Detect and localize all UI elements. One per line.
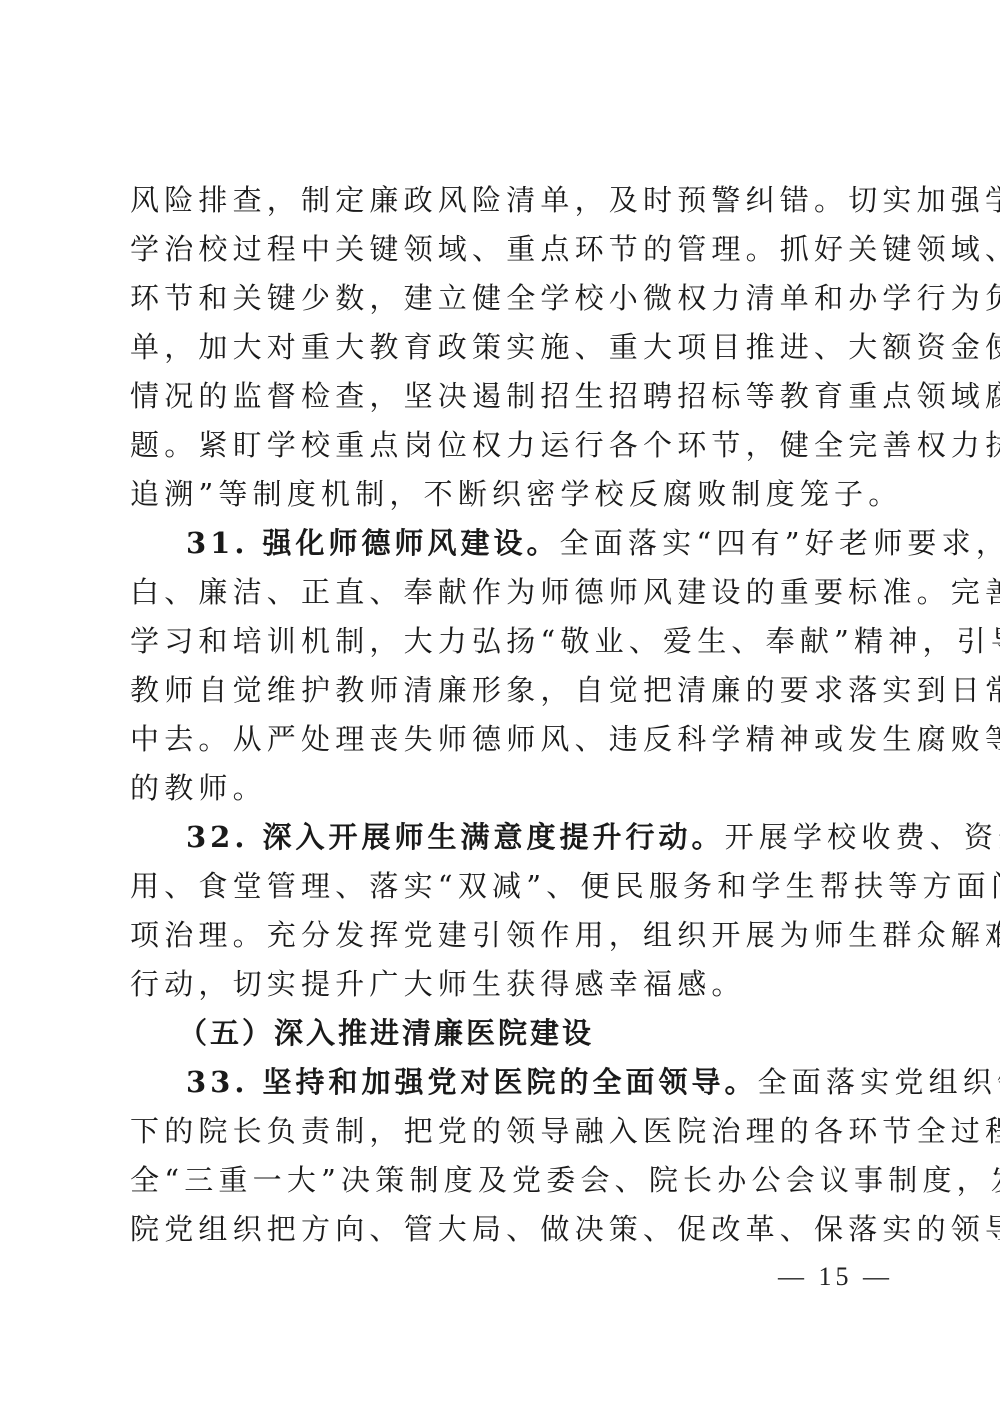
text-line: 单，加大对重大教育政策实施、重大项目推进、大额资金使用等 (130, 323, 870, 372)
text-line: 题。紧盯学校重点岗位权力运行各个环节，健全完善权力执行“可 (130, 421, 870, 470)
text-line: 学治校过程中关键领域、重点环节的管理。抓好关键领域、重点 (130, 225, 870, 274)
item-31-text: 全面落实“四有”好老师要求，把清 (560, 526, 1000, 560)
text-line: 白、廉洁、正直、奉献作为师德师风建设的重要标准。完善教师 (130, 568, 870, 617)
item-32-first-line: 32. 深入开展师生满意度提升行动。开展学校收费、资金使 (130, 813, 870, 862)
text-line: 项治理。充分发挥党建引领作用，组织开展为师生群众解难纾困 (130, 911, 870, 960)
text-line: 下的院长负责制，把党的领导融入医院治理的各环节全过程。健 (130, 1107, 870, 1156)
page-number: — 15 — (778, 1262, 893, 1292)
document-page: 风险排查，制定廉政风险清单，及时预警纠错。切实加强学校办 学治校过程中关键领域、… (130, 176, 870, 1254)
text-line: 院党组织把方向、管大局、做决策、促改革、保落实的领导作用， (130, 1205, 870, 1254)
item-33-first-line: 33. 坚持和加强党对医院的全面领导。全面落实党组织领导 (130, 1058, 870, 1107)
text-line: 风险排查，制定廉政风险清单，及时预警纠错。切实加强学校办 (130, 176, 870, 225)
item-31-first-line: 31. 强化师德师风建设。全面落实“四有”好老师要求，把清 (130, 519, 870, 568)
text-line: 学习和培训机制，大力弘扬“敬业、爱生、奉献”精神，引导广大 (130, 617, 870, 666)
item-32-text: 开展学校收费、资金使 (725, 820, 1000, 854)
text-line: 环节和关键少数，建立健全学校小微权力清单和办学行为负面清 (130, 274, 870, 323)
item-33-text: 全面落实党组织领导 (758, 1065, 1000, 1099)
item-31-title: 31. 强化师德师风建设。 (186, 526, 560, 560)
text-line: 行动，切实提升广大师生获得感幸福感。 (130, 960, 870, 1009)
text-line: 中去。从严处理丧失师德师风、违反科学精神或发生腐败等行为 (130, 715, 870, 764)
item-32-title: 32. 深入开展师生满意度提升行动。 (186, 820, 725, 854)
text-line: 用、食堂管理、落实“双减”、便民服务和学生帮扶等方面问题专 (130, 862, 870, 911)
text-line: 的教师。 (130, 764, 870, 813)
item-33-title: 33. 坚持和加强党对医院的全面领导。 (186, 1065, 758, 1099)
text-line: 全“三重一大”决策制度及党委会、院长办公会议事制度，发挥医 (130, 1156, 870, 1205)
section-heading: （五）深入推进清廉医院建设 (130, 1009, 870, 1058)
text-line: 追溯”等制度机制，不断织密学校反腐败制度笼子。 (130, 470, 870, 519)
text-line: 教师自觉维护教师清廉形象，自觉把清廉的要求落实到日常行为 (130, 666, 870, 715)
text-line: 情况的监督检查，坚决遏制招生招聘招标等教育重点领域腐败问 (130, 372, 870, 421)
